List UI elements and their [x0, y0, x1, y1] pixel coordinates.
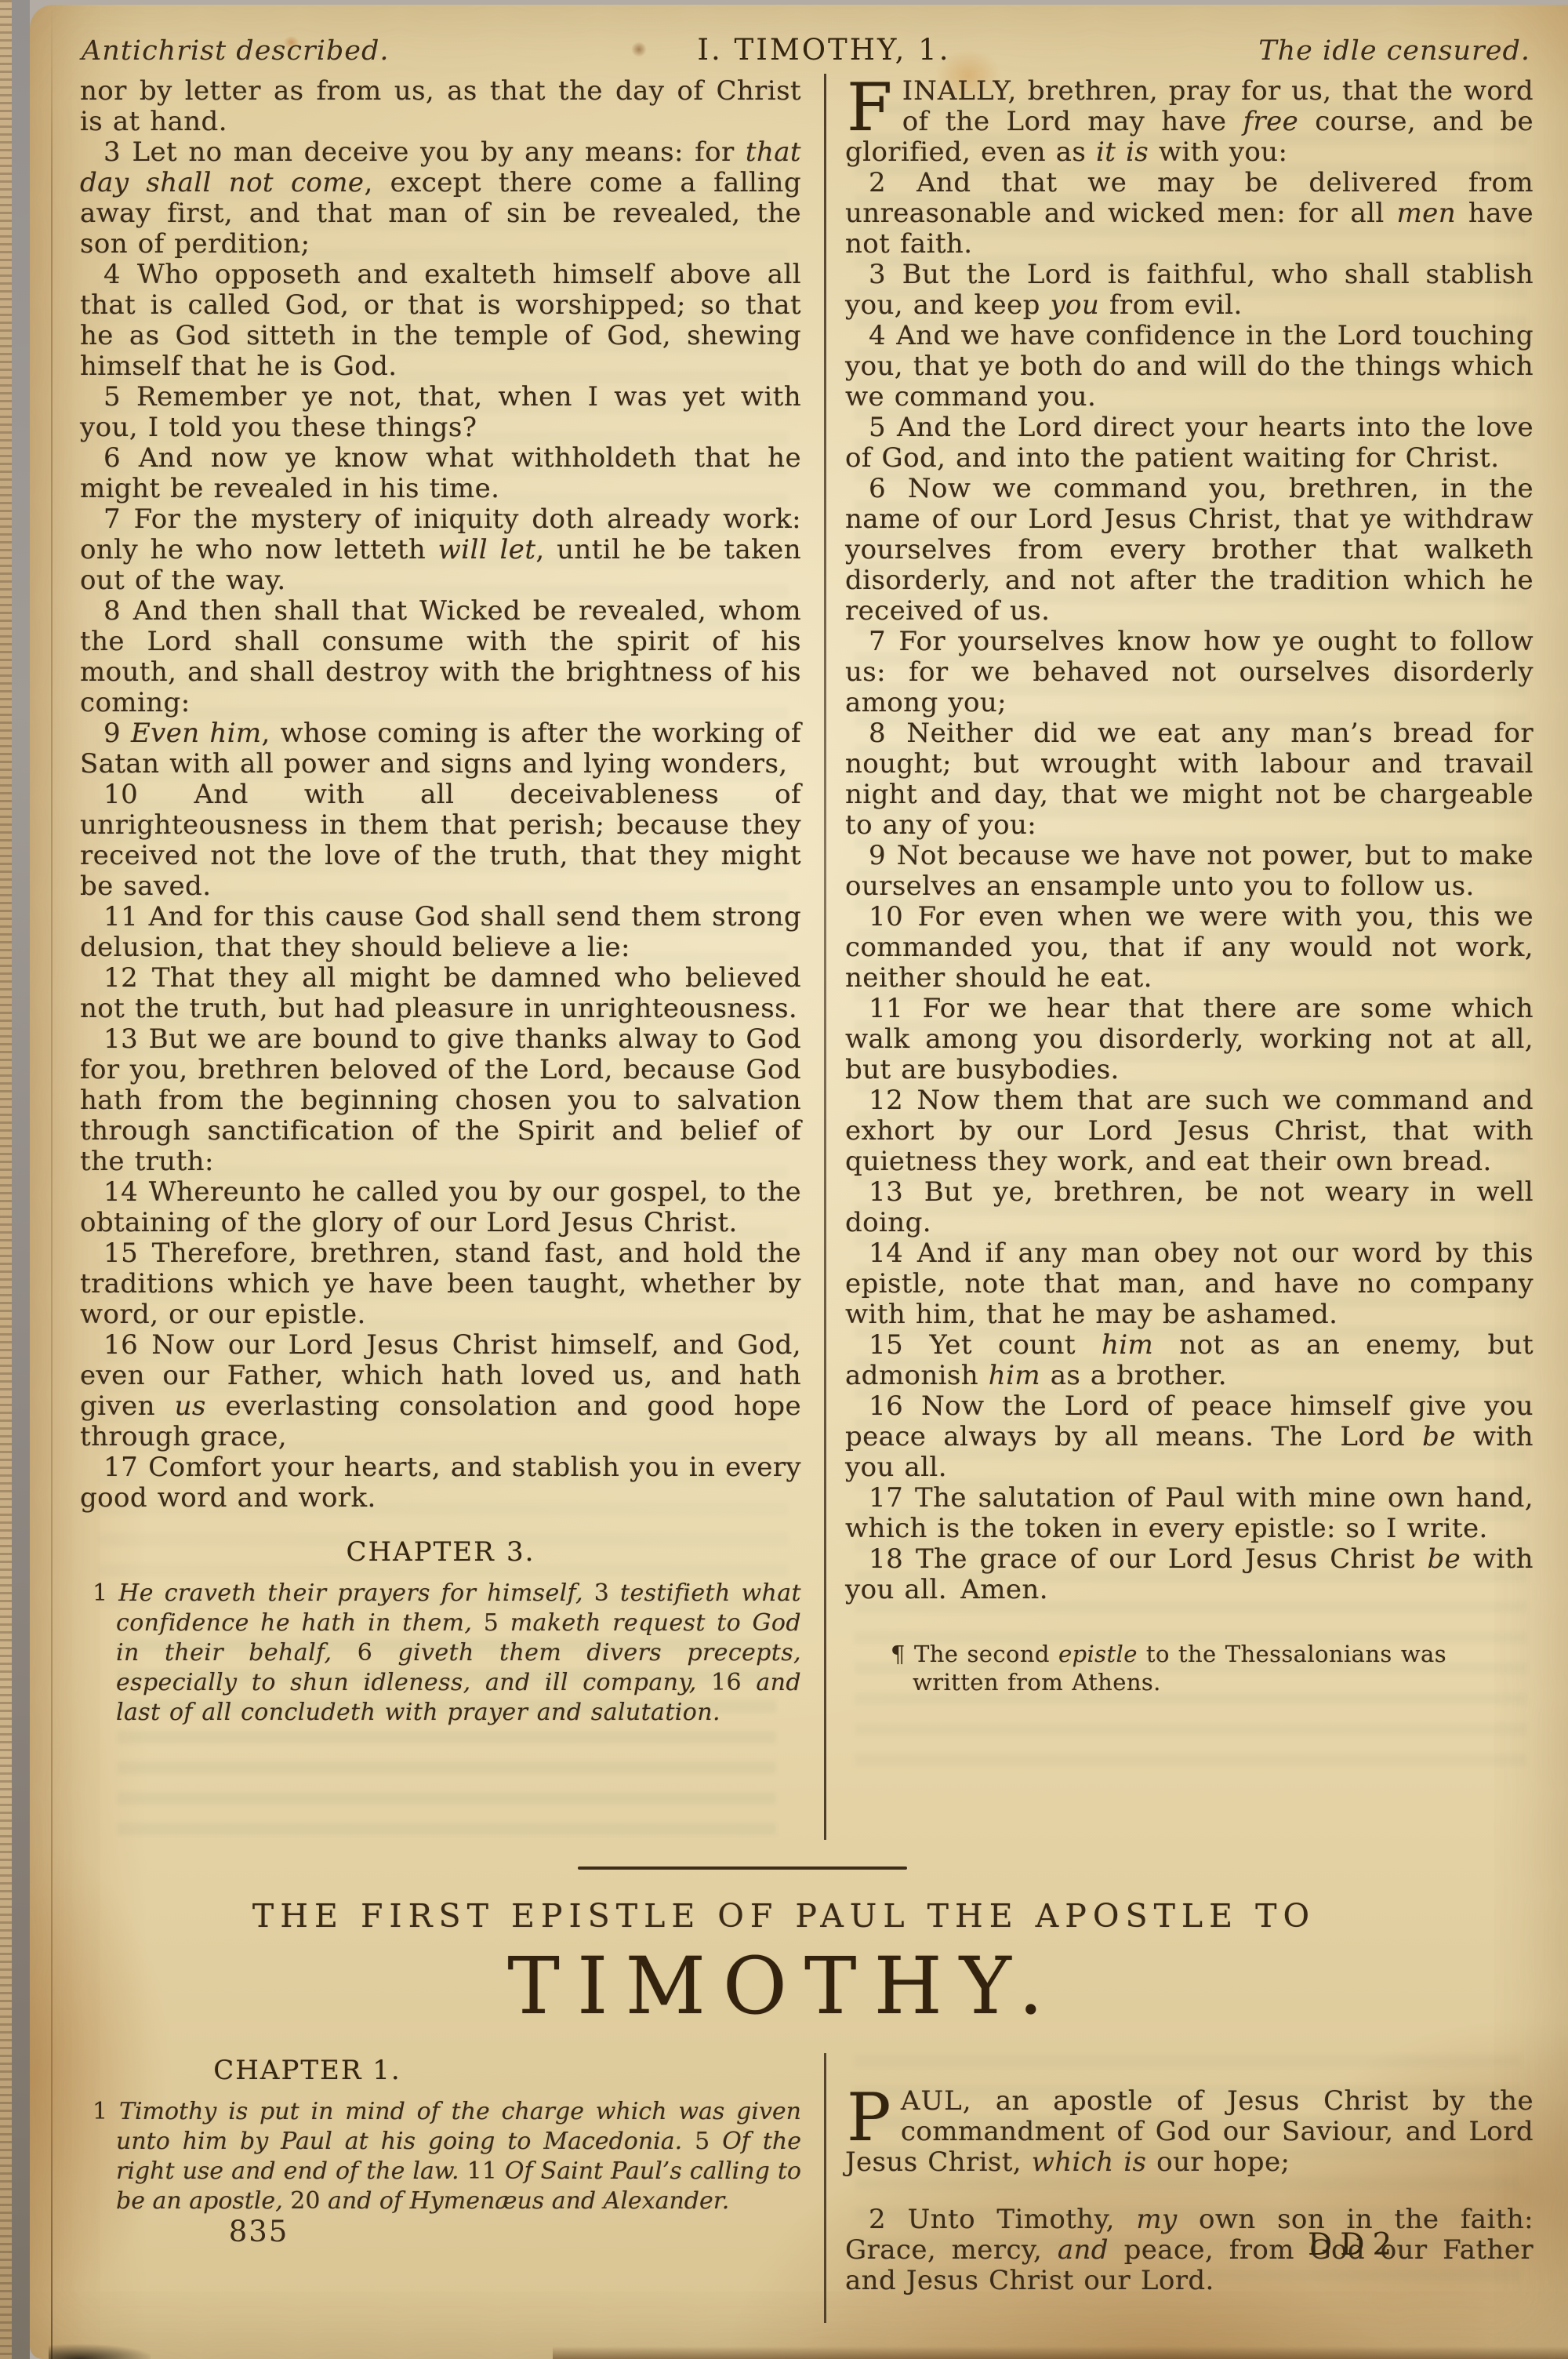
verse-paragraph: 3 Let no man deceive you by any means: f… — [80, 137, 801, 260]
thessalonians-left-column: nor by letter as from us, as that the da… — [80, 76, 801, 1728]
verse-number: 17 — [103, 1452, 148, 1483]
verse-number: 3 — [869, 259, 902, 290]
verse-number: 14 — [869, 1238, 917, 1269]
verse-number: 3 — [103, 136, 132, 168]
verse-number: 4 — [103, 259, 137, 290]
colophon-note: ¶ The second epistle to the Thessalonian… — [845, 1640, 1534, 1696]
thessalonians-right-column: FINALLY, brethren, pray for us, that the… — [845, 76, 1534, 1696]
verse-paragraph: 14 Whereunto he called you by our gospel… — [80, 1177, 801, 1238]
verse-number: 9 — [869, 840, 897, 871]
page-number: 835 — [210, 2215, 307, 2248]
running-head-center: I. TIMOTHY, 1. — [697, 33, 950, 67]
section-divider-rule — [578, 1866, 907, 1870]
verse-paragraph: 12 Now them that are such we command and… — [845, 1085, 1534, 1177]
verse-number: 11 — [869, 993, 923, 1024]
drop-cap-letter: P — [845, 2086, 901, 2144]
verse-paragraph: 9 Not because we have not power, but to … — [845, 841, 1534, 902]
bottom-left-corner-shadow — [49, 2339, 151, 2359]
printers-signature-mark: DD2 — [1308, 2227, 1399, 2263]
verse-number: 5 — [869, 412, 897, 443]
running-head-right: The idle censured. — [1258, 35, 1530, 67]
book-title: TIMOTHY. — [0, 1940, 1568, 2032]
verse-paragraph: 13 But we are bound to give thanks alway… — [80, 1024, 801, 1177]
verse-paragraph: nor by letter as from us, as that the da… — [80, 76, 801, 137]
lead-caps: INALLY, — [902, 75, 1018, 107]
verse-paragraph: 12 That they all might be damned who bel… — [80, 963, 801, 1024]
verse-paragraph: 16 Now our Lord Jesus Christ himself, an… — [80, 1330, 801, 1452]
verse-paragraph: 6 And now ye know what withholdeth that … — [80, 443, 801, 504]
verse-paragraph: 14 And if any man obey not our word by t… — [845, 1238, 1534, 1330]
chapter-heading: CHAPTER 3. — [80, 1537, 801, 1568]
verse-number: 4 — [869, 320, 896, 351]
verse-number: 11 — [103, 901, 149, 932]
verse-number: 18 — [869, 1543, 916, 1575]
verse-number: 5 — [103, 381, 136, 413]
verse-number: 12 — [869, 1085, 916, 1116]
verse-paragraph: 17 Comfort your hearts, and stablish you… — [80, 1452, 801, 1514]
verse-number: 6 — [103, 442, 139, 474]
verse-paragraph: 18 The grace of our Lord Jesus Christ be… — [845, 1544, 1534, 1605]
verse-paragraph: 2 And that we may be delivered from unre… — [845, 168, 1534, 260]
verse-number: 2 — [869, 167, 916, 198]
running-head-left: Antichrist described. — [82, 35, 390, 67]
verse-number: 10 — [103, 779, 194, 810]
timothy-left-column: CHAPTER 1.1 Timothy is put in mind of th… — [80, 2055, 801, 2240]
verse-number: 16 — [103, 1329, 151, 1361]
verse-number: 14 — [103, 1176, 149, 1208]
chapter-heading: CHAPTER 1. — [80, 2055, 801, 2086]
verse-paragraph: 17 The salutation of Paul with mine own … — [845, 1483, 1534, 1544]
verse-paragraph: FINALLY, brethren, pray for us, that the… — [845, 76, 1534, 168]
verse-number: 8 — [103, 595, 133, 627]
verse-paragraph: 8 Neither did we eat any man’s bread for… — [845, 718, 1534, 841]
verse-paragraph: 15 Yet count him not as an enemy, but ad… — [845, 1330, 1534, 1391]
verse-paragraph: 8 And then shall that Wicked be revealed… — [80, 596, 801, 718]
verse-paragraph: 11 And for this cause God shall send the… — [80, 902, 801, 963]
bible-page-photo: Antichrist described. I. TIMOTHY, 1. The… — [0, 0, 1568, 2359]
verse-paragraph: 11 For we hear that there are some which… — [845, 994, 1534, 1085]
running-head: Antichrist described. I. TIMOTHY, 1. The… — [82, 33, 1530, 67]
verse-number: 17 — [869, 1482, 915, 1514]
verse-number: 15 — [869, 1329, 929, 1361]
verse-number: 12 — [103, 962, 152, 994]
verse-number: 13 — [103, 1023, 149, 1055]
verse-paragraph: 9 Even him, whose coming is after the wo… — [80, 718, 801, 780]
verse-paragraph: 7 For yourselves know how ye ought to fo… — [845, 627, 1534, 718]
verse-number: 16 — [869, 1390, 921, 1422]
verse-number: 13 — [869, 1176, 924, 1208]
verse-paragraph: 5 Remember ye not, that, when I was yet … — [80, 382, 801, 443]
verse-paragraph: 4 Who opposeth and exalteth himself abov… — [80, 260, 801, 382]
epistle-title-line: THE FIRST EPISTLE OF PAUL THE APOSTLE TO — [0, 1897, 1568, 1935]
verse-number: 7 — [103, 503, 134, 535]
chapter-summary: 1 He craveth their prayers for himself, … — [80, 1579, 801, 1728]
verse-number: 8 — [869, 718, 906, 749]
drop-cap-letter: F — [845, 76, 902, 134]
verse-number: 15 — [103, 1238, 152, 1269]
verse-paragraph: 7 For the mystery of iniquity doth alrea… — [80, 504, 801, 596]
verse-paragraph: 6 Now we command you, brethren, in the n… — [845, 474, 1534, 627]
verse-paragraph: 2 Unto Timothy, my own son in the faith:… — [845, 2205, 1534, 2296]
verse-number: 6 — [869, 473, 908, 504]
chapter-summary: 1 Timothy is put in mind of the charge w… — [80, 2097, 801, 2216]
verse-paragraph: PAUL, an apostle of Jesus Christ by the … — [845, 2086, 1534, 2178]
verse-number: 9 — [103, 718, 131, 749]
verse-paragraph: 10 And with all deceivableness of unrigh… — [80, 780, 801, 902]
verse-number: 2 — [869, 2204, 908, 2235]
verse-paragraph: 3 But the Lord is faithful, who shall st… — [845, 260, 1534, 321]
column-divider-rule-bottom — [824, 2053, 826, 2323]
column-divider-rule — [824, 74, 826, 1840]
verse-paragraph: 13 But ye, brethren, be not weary in wel… — [845, 1177, 1534, 1238]
verse-paragraph: 4 And we have confidence in the Lord tou… — [845, 321, 1534, 413]
bottom-page-edge — [553, 2346, 1568, 2359]
verse-paragraph: 16 Now the Lord of peace himself give yo… — [845, 1391, 1534, 1483]
lead-caps: AUL, — [901, 2085, 972, 2117]
verse-paragraph: 5 And the Lord direct your hearts into t… — [845, 413, 1534, 474]
verse-number: 7 — [869, 626, 898, 657]
verse-paragraph: 15 Therefore, brethren, stand fast, and … — [80, 1238, 801, 1330]
verse-number: 10 — [869, 901, 917, 932]
verse-paragraph: 10 For even when we were with you, this … — [845, 902, 1534, 994]
timothy-right-column: PAUL, an apostle of Jesus Christ by the … — [845, 2059, 1534, 2323]
